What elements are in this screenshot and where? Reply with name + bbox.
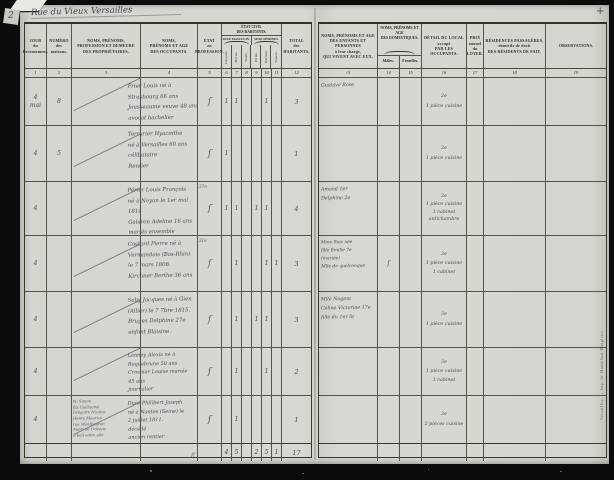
- header-occupants: NOMS, PRÉNOMS ET AGE DES OCCUPANTS.: [141, 24, 198, 68]
- cell-female-servants: [400, 126, 422, 181]
- cell-female-servants: [400, 236, 422, 291]
- header-children: NOMS, PRÉNOMS ET AGE DES ENFANTS ET PERS…: [319, 24, 378, 68]
- cell-blank: [484, 444, 546, 461]
- cell-male-servants: [378, 292, 400, 347]
- page-gutter-crease: [314, 8, 316, 460]
- cell-children: Amand 1er Delphine 2e: [319, 182, 378, 235]
- corner-pen-mark: +: [596, 6, 604, 17]
- cell-boys: [222, 396, 232, 443]
- register-row: Mlle Nogent Céline Victorine 17e fille d…: [319, 291, 606, 347]
- cell-dwelling: 3e 1 pièce cuisine: [422, 292, 467, 347]
- col-number: 2: [47, 69, 72, 77]
- cell-residences: [484, 78, 546, 125]
- cell-house-number: [47, 396, 72, 443]
- col-widows: Veuves.: [274, 51, 278, 63]
- cell-widows: 1: [272, 236, 282, 291]
- cell-boys: [222, 236, 232, 291]
- cell-observations: [546, 182, 606, 235]
- cell-dwelling: 3e 1 pièce cuisine 1 cabinet: [422, 348, 467, 395]
- total-widows: 1: [272, 444, 282, 461]
- col-number: 1: [25, 69, 47, 77]
- col-married-women: Mariées.: [264, 50, 268, 63]
- cell-widowers: [242, 78, 252, 125]
- cell-male-servants: [378, 78, 400, 125]
- cell-house-number: [47, 236, 72, 291]
- cell-boys: 1: [222, 126, 232, 181]
- cell-house-number: [47, 348, 72, 395]
- total-boys: 4: [222, 444, 232, 461]
- header-house-number: NUMÉRO des maisons.: [47, 24, 72, 68]
- cell-house-number: [47, 292, 72, 347]
- cell-house-number: 8: [47, 78, 72, 125]
- cell-married-women: 1: [262, 78, 272, 125]
- header-owners: NOMS, PRÉNOMS, PROFESSION ET DEMEURE DES…: [72, 24, 141, 68]
- cell-profession: ſ31e: [198, 236, 222, 291]
- col-number: 6: [222, 69, 232, 77]
- cell-boys: 1: [222, 78, 232, 125]
- brace-glyph: [254, 41, 280, 45]
- cell-blank: [198, 444, 222, 461]
- register-row: 4 M. Simon fils Guillaume Grégoire Nicol…: [25, 395, 311, 443]
- cell-blank: [546, 444, 606, 461]
- cell-dwelling: 2e 1 pièce cuisine: [422, 78, 467, 125]
- cell-married-men: 1: [232, 292, 242, 347]
- cell-female-servants: [400, 182, 422, 235]
- col-number: 5: [198, 69, 222, 77]
- cell-occupants: Périer Louis François né à Noyon le 1er …: [141, 182, 198, 235]
- cell-house-number: 5: [47, 126, 72, 181]
- cell-female-servants: [400, 348, 422, 395]
- cell-residences: [484, 348, 546, 395]
- register-row: 4 5 Terrurier Hyacinthe né à Versailles …: [25, 125, 311, 181]
- cell-house-number: [47, 182, 72, 235]
- cell-tally-note: ſſ: [141, 444, 198, 461]
- cell-married-women: 1: [262, 348, 272, 395]
- scan-speck: [560, 471, 562, 472]
- cell-female-servants: [400, 78, 422, 125]
- cell-rent: [467, 126, 484, 181]
- cell-occupants: Saby Jacques né à Gien (Allier) le 7 7br…: [141, 292, 198, 347]
- col-number: 18: [484, 69, 546, 77]
- col-number: 7: [232, 69, 242, 77]
- cell-widowers: [242, 126, 252, 181]
- header-servants: NOMS, PRÉNOMS ET AGE DES DOMESTIQUES. Mâ…: [378, 24, 422, 68]
- cell-married-women: 1: [262, 236, 272, 291]
- civil-status-subcolumns: Garçons. Mariés. Veufs. Filles. Mariées.…: [222, 45, 281, 68]
- col-number: 13: [319, 69, 378, 77]
- cell-profession: ſ: [198, 78, 222, 125]
- register-row: 4 Lannoy Alexis né à Roquebrune 50 ans C…: [25, 347, 311, 395]
- col-boys: Garçons.: [224, 50, 228, 64]
- cell-married-men: 1: [232, 78, 242, 125]
- civil-status-title: ÉTAT CIVIL DES HABITANTS.: [222, 24, 281, 36]
- cell-total: 1: [282, 396, 311, 443]
- cell-married-men: 1: [232, 396, 242, 443]
- servants-title: NOMS, PRÉNOMS ET AGE DES DOMESTIQUES.: [378, 24, 421, 51]
- scan-speck: [428, 469, 429, 470]
- cell-widows: [272, 292, 282, 347]
- cell-boys: 1: [222, 182, 232, 235]
- cell-children: [319, 348, 378, 395]
- cell-married-women: [262, 126, 272, 181]
- cell-observations: [546, 348, 606, 395]
- cell-blank: [378, 444, 400, 461]
- header-day: JOUR du Recensement.: [25, 24, 47, 68]
- cell-children: Gustave Rose: [319, 78, 378, 125]
- cell-girls: [252, 348, 262, 395]
- col-number: 14: [378, 69, 400, 77]
- cell-male-servants: [378, 396, 400, 443]
- cell-rent: [467, 78, 484, 125]
- cell-married-women: 1: [262, 292, 272, 347]
- totals-row: ſſ 4 5 2 5 1 17: [25, 443, 311, 461]
- cell-widowers: [242, 236, 252, 291]
- cell-girls: [252, 396, 262, 443]
- register-row: 4 mai 8 Frier Louis né à Strasbourg 66 a…: [25, 77, 311, 125]
- cell-widows: [272, 126, 282, 181]
- total-married-men: 5: [232, 444, 242, 461]
- header-observations: OBSERVATIONS.: [546, 24, 606, 68]
- brace-glyph: [224, 41, 249, 45]
- cell-total: 3: [282, 78, 311, 125]
- cell-residences: [484, 236, 546, 291]
- cell-girls: [252, 78, 262, 125]
- left-header-row: JOUR du Recensement. NUMÉRO des maisons.…: [25, 24, 311, 68]
- cell-day: 4 mai: [25, 78, 47, 125]
- cell-dwelling: 2e 1 pièce cuisine: [422, 126, 467, 181]
- scan-speck: [302, 473, 304, 474]
- cell-widows: [272, 182, 282, 235]
- cell-occupants: Lannoy Alexis né à Roquebrune 50 ans Cro…: [141, 348, 198, 395]
- cell-children: Mme Bias née fille Émilie 7e (mariée) Ml…: [319, 236, 378, 291]
- cell-profession: ſ: [198, 292, 222, 347]
- register-row: Mme Bias née fille Émilie 7e (mariée) Ml…: [319, 235, 606, 291]
- cell-girls: 1: [252, 182, 262, 235]
- total-married-women: 5: [262, 444, 272, 461]
- register-row: 4 Costard Pierre né à Vermandois (Bas-Rh…: [25, 235, 311, 291]
- cell-dwelling: 3e 1 pièce cuisine 1 cabinet: [422, 236, 467, 291]
- col-girls: Filles.: [254, 52, 258, 62]
- cell-total: 3: [282, 292, 311, 347]
- cell-boys: [222, 348, 232, 395]
- col-number: 8: [242, 69, 252, 77]
- cell-married-men: 1: [232, 236, 242, 291]
- cell-female-servants: [400, 292, 422, 347]
- cell-day: 4: [25, 396, 47, 443]
- cell-girls: [252, 236, 262, 291]
- cell-rent: [467, 182, 484, 235]
- left-column-numbers: 1 2 3 4 5 6 7 8 9 10 11 12: [25, 68, 311, 77]
- right-header-row: NOMS, PRÉNOMS ET AGE DES ENFANTS ET PERS…: [319, 24, 606, 68]
- col-female-servants: Femelles.: [400, 56, 422, 68]
- cell-residences: [484, 292, 546, 347]
- cell-rent: [467, 292, 484, 347]
- register-row: 4 Périer Louis François né à Noyon le 1e…: [25, 181, 311, 235]
- cell-widows: [272, 348, 282, 395]
- cell-girls: [252, 126, 262, 181]
- cell-day: 4: [25, 292, 47, 347]
- header-profession: ÉTAT ou PROFESSION.: [198, 24, 222, 68]
- cell-widowers: [242, 348, 252, 395]
- cell-total: 4: [282, 182, 311, 235]
- col-number: 12: [282, 69, 311, 77]
- cell-female-servants: [400, 396, 422, 443]
- cell-widowers: [242, 396, 252, 443]
- header-civil-status: ÉTAT CIVIL DES HABITANTS. SEXE MASCULIN.…: [222, 24, 282, 68]
- cell-observations: [546, 236, 606, 291]
- col-number: 3: [72, 69, 141, 77]
- cell-occupants: Costard Pierre né à Vermandois (Bas-Rhin…: [141, 236, 198, 291]
- col-married-men: Mariés.: [234, 51, 238, 63]
- cell-male-servants: ſ: [378, 236, 400, 291]
- census-page-right: NOMS, PRÉNOMS ET AGE DES ENFANTS ET PERS…: [318, 22, 607, 458]
- group-male: SEXE MASCULIN.: [222, 36, 252, 45]
- col-male-servants: Mâles.: [378, 56, 400, 68]
- col-number: 11: [272, 69, 282, 77]
- cell-profession: ſ: [198, 126, 222, 181]
- cell-blank: [319, 444, 378, 461]
- cell-observations: [546, 396, 606, 443]
- col-number: 17: [467, 69, 484, 77]
- cell-children: Mlle Nogent Céline Victorine 17e fille d…: [319, 292, 378, 347]
- cell-male-servants: [378, 348, 400, 395]
- cell-blank: [72, 444, 141, 461]
- register-row: 3e 2 pièces cuisine: [319, 395, 606, 443]
- cell-residences: [484, 396, 546, 443]
- cell-blank: [422, 444, 467, 461]
- cell-rent: [467, 236, 484, 291]
- cell-married-women: [262, 396, 272, 443]
- col-widowers: Veufs.: [244, 52, 248, 62]
- cell-observations: [546, 126, 606, 181]
- cell-children: [319, 126, 378, 181]
- cell-occupants: Frier Louis né à Strasbourg 66 ans Jouss…: [141, 78, 198, 125]
- register-row: Gustave Rose 2e 1 pièce cuisine: [319, 77, 606, 125]
- cell-blank: [467, 444, 484, 461]
- total-widowers: [242, 444, 252, 461]
- cell-male-servants: [378, 126, 400, 181]
- cell-blank: [400, 444, 422, 461]
- civil-status-groups: SEXE MASCULIN. SEXE FÉMININ.: [222, 36, 281, 45]
- cell-married-women: 1: [262, 182, 272, 235]
- cell-observations: [546, 78, 606, 125]
- cell-total: 2: [282, 348, 311, 395]
- col-number: 15: [400, 69, 422, 77]
- cell-total: 1: [282, 126, 311, 181]
- grand-total: 17: [282, 444, 311, 461]
- cell-blank: [25, 444, 47, 461]
- register-row: Amand 1er Delphine 2e 2e 1 pièce cuisine…: [319, 181, 606, 235]
- cell-blank: [47, 444, 72, 461]
- cell-married-men: 1: [232, 182, 242, 235]
- cell-day: 4: [25, 348, 47, 395]
- cell-widowers: [242, 182, 252, 235]
- cell-profession: ſ: [198, 348, 222, 395]
- cell-dwelling: 3e 2 pièces cuisine: [422, 396, 467, 443]
- register-row: 2e 1 pièce cuisine: [319, 125, 606, 181]
- cell-observations: [546, 292, 606, 347]
- cell-day: 4: [25, 182, 47, 235]
- cell-occupants: Duré Philibert Joseph né à Nantes (Seine…: [141, 396, 198, 443]
- cell-widows: [272, 396, 282, 443]
- col-number: 4: [141, 69, 198, 77]
- col-number: 9: [252, 69, 262, 77]
- cell-children: [319, 396, 378, 443]
- cell-residences: [484, 182, 546, 235]
- cell-married-men: [232, 126, 242, 181]
- group-female: SEXE FÉMININ.: [252, 36, 282, 45]
- col-number: 19: [546, 69, 606, 77]
- census-page-left: JOUR du Recensement. NUMÉRO des maisons.…: [24, 22, 312, 458]
- cell-residences: [484, 126, 546, 181]
- cell-dwelling: 2e 1 pièce cuisine 1 cabinet antichambre: [422, 182, 467, 235]
- header-temporary-residences: RÉSIDENCES PASSAGÈRES, domicile de droit…: [484, 24, 546, 68]
- col-number: 16: [422, 69, 467, 77]
- cell-day: 4: [25, 236, 47, 291]
- servants-subcolumns: Mâles. Femelles.: [378, 55, 421, 68]
- scan-speck: [150, 470, 152, 472]
- total-girls: 2: [252, 444, 262, 461]
- cell-day: 4: [25, 126, 47, 181]
- cell-girls: 1: [252, 292, 262, 347]
- cell-profession: ſ37e: [198, 182, 222, 235]
- cell-male-servants: [378, 182, 400, 235]
- cell-rent: [467, 348, 484, 395]
- cell-profession: ſ: [198, 396, 222, 443]
- cell-total: 3: [282, 236, 311, 291]
- cell-rent: [467, 396, 484, 443]
- cell-occupants: Terrurier Hyacinthe né à Versailles 60 a…: [141, 126, 198, 181]
- totals-row: [319, 443, 606, 461]
- cell-married-men: 1: [232, 348, 242, 395]
- header-rent-price: PRIX annuel du LOYER.: [467, 24, 484, 68]
- cell-boys: [222, 292, 232, 347]
- cell-widows: [272, 78, 282, 125]
- cell-widowers: [242, 292, 252, 347]
- folio-number: 2: [8, 11, 14, 21]
- header-total: TOTAL des HABITANTS.: [282, 24, 311, 68]
- col-number: 10: [262, 69, 272, 77]
- register-row: 3e 1 pièce cuisine 1 cabinet: [319, 347, 606, 395]
- register-row: 4 Saby Jacques né à Gien (Allier) le 7 7…: [25, 291, 311, 347]
- right-column-numbers: 13 14 15 16 17 18 19: [319, 68, 606, 77]
- header-dwelling-detail: DÉTAIL DU LOCAL occupé PAR LES OCCUPANTS…: [422, 24, 467, 68]
